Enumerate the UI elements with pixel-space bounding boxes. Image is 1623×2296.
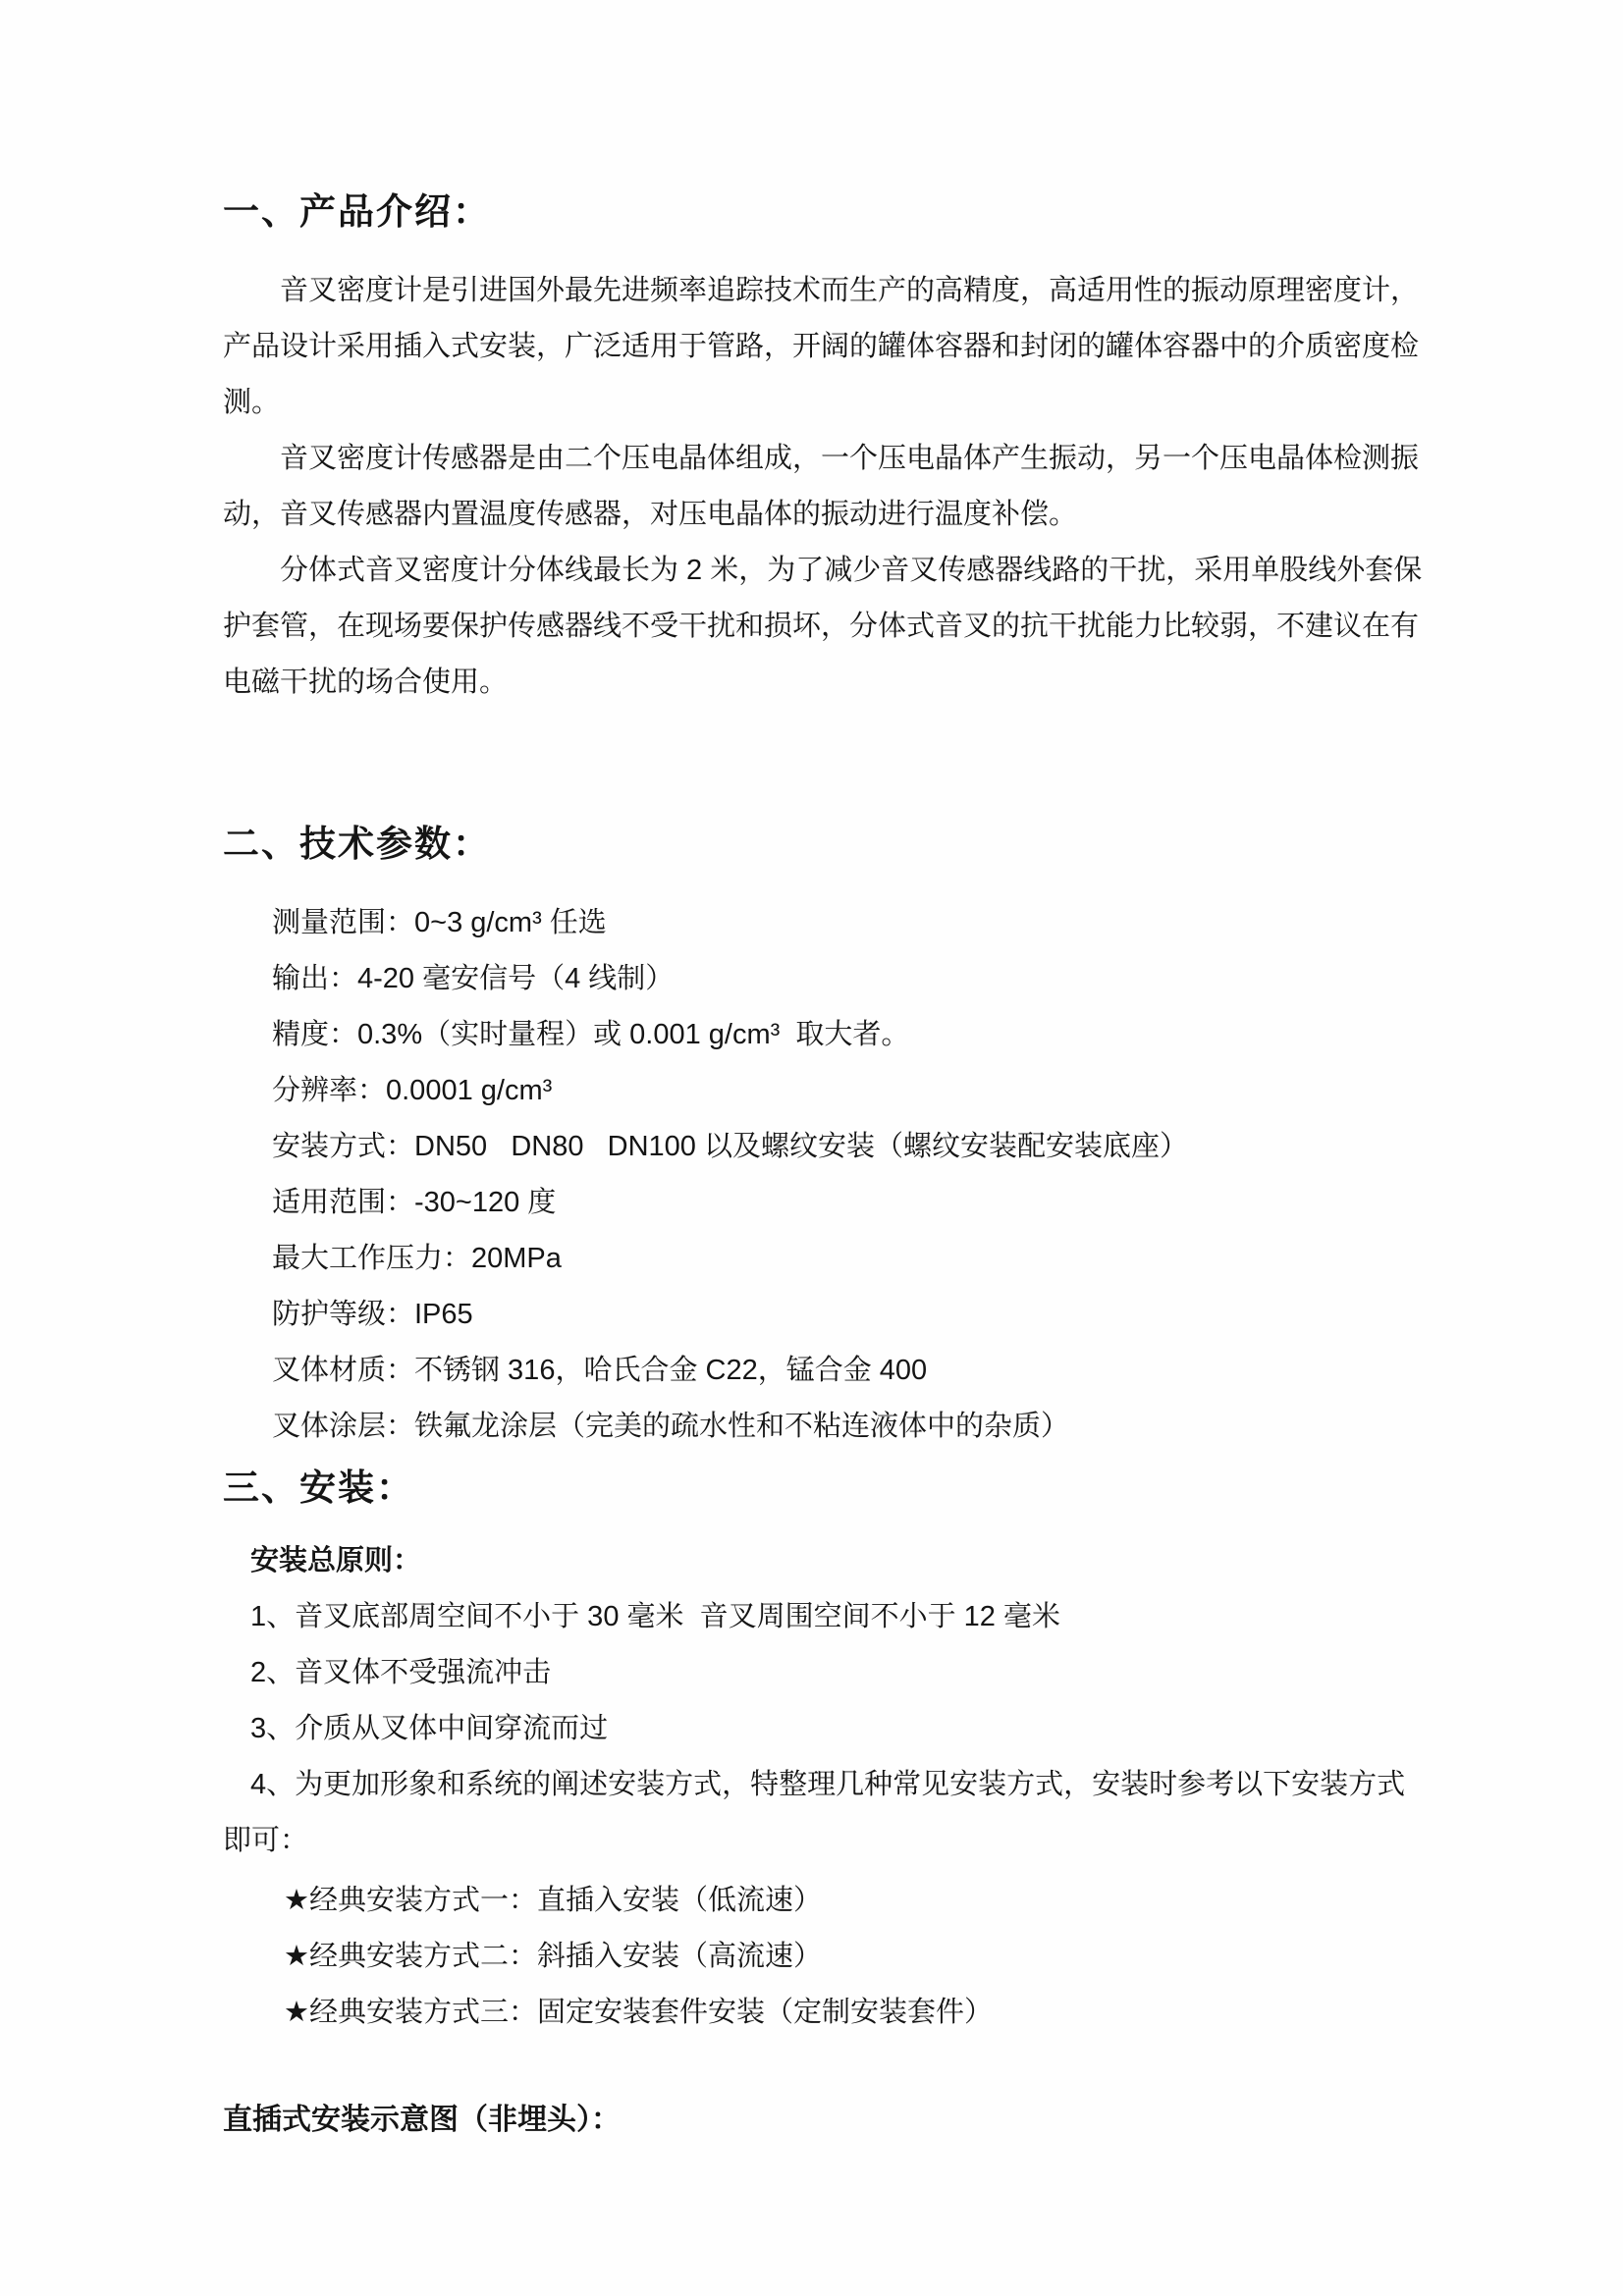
rule-item-1: 1、音叉底部周空间不小于 30 毫米 音叉周围空间不小于 12 毫米: [223, 1589, 1476, 1645]
param-mounting: 安装方式：DN50 DN80 DN100 以及螺纹安装（螺纹安装配安装底座）: [223, 1119, 1476, 1175]
intro-paragraph-2: 音叉密度计传感器是由二个压电晶体组成，一个压电晶体产生振动，另一个压电晶体检测振…: [223, 431, 1476, 543]
param-protection-rating: 防护等级：IP65: [223, 1287, 1476, 1343]
paragraph-line: 动，音叉传感器内置温度传感器，对压电晶体的振动进行温度补偿。: [223, 487, 1476, 543]
paragraph-line: 音叉密度计是引进国外最先进频率追踪技术而生产的高精度，高适用性的振动原理密度计，: [223, 263, 1476, 319]
param-temperature-range: 适用范围：-30~120 度: [223, 1175, 1476, 1231]
param-accuracy: 精度：0.3%（实时量程）或 0.001 g/cm³ 取大者。: [223, 1007, 1476, 1063]
param-fork-material: 叉体材质：不锈钢 316，哈氏合金 C22，锰合金 400: [223, 1343, 1476, 1399]
paragraph-line: 测。: [223, 375, 1476, 431]
paragraph-line: 护套管，在现场要保护传感器线不受干扰和损坏，分体式音叉的抗干扰能力比较弱，不建议…: [223, 599, 1476, 655]
paragraph-line: 音叉密度计传感器是由二个压电晶体组成，一个压电晶体产生振动，另一个压电晶体检测振: [223, 431, 1476, 487]
method-item-2: ★经典安装方式二：斜插入安装（高流速）: [223, 1929, 1476, 1985]
paragraph-line: 电磁干扰的场合使用。: [223, 655, 1476, 711]
param-output: 输出：4-20 毫安信号（4 线制）: [223, 951, 1476, 1007]
method-item-1: ★经典安装方式一：直插入安装（低流速）: [223, 1873, 1476, 1929]
section1-heading: 一、产品介绍：: [223, 188, 1476, 236]
installation-methods-list: ★经典安装方式一：直插入安装（低流速） ★经典安装方式二：斜插入安装（高流速） …: [223, 1873, 1476, 2041]
insert-diagram-heading: 直插式安装示意图（非埋头）：: [223, 2100, 1476, 2141]
paragraph-line: 产品设计采用插入式安装，广泛适用于管路，开阔的罐体容器和封闭的罐体容器中的介质密…: [223, 319, 1476, 375]
param-fork-coating: 叉体涂层：铁氟龙涂层（完美的疏水性和不粘连液体中的杂质）: [223, 1399, 1476, 1455]
method-item-3: ★经典安装方式三：固定安装套件安装（定制安装套件）: [223, 1985, 1476, 2041]
paragraph-line: 分体式音叉密度计分体线最长为 2 米，为了减少音叉传感器线路的干扰，采用单股线外…: [223, 543, 1476, 599]
rule-item-3: 3、介质从叉体中间穿流而过: [223, 1701, 1476, 1757]
param-resolution: 分辨率：0.0001 g/cm³: [223, 1063, 1476, 1119]
technical-parameters-list: 测量范围：0~3 g/cm³ 任选 输出：4-20 毫安信号（4 线制） 精度：…: [223, 895, 1476, 1455]
section2-heading: 二、技术参数：: [223, 821, 1476, 868]
rule-item-4: 4、为更加形象和系统的阐述安装方式，特整理几种常见安装方式，安装时参考以下安装方…: [223, 1757, 1476, 1813]
intro-paragraph-1: 音叉密度计是引进国外最先进频率追踪技术而生产的高精度，高适用性的振动原理密度计，…: [223, 263, 1476, 431]
section3-heading: 三、安装：: [223, 1465, 1476, 1512]
param-max-pressure: 最大工作压力：20MPa: [223, 1231, 1476, 1287]
rule-item-2: 2、音叉体不受强流冲击: [223, 1645, 1476, 1701]
installation-principles-subheading: 安装总原则：: [223, 1533, 1476, 1589]
installation-rules-list: 1、音叉底部周空间不小于 30 毫米 音叉周围空间不小于 12 毫米 2、音叉体…: [223, 1589, 1476, 1869]
document-page: 一、产品介绍： 音叉密度计是引进国外最先进频率追踪技术而生产的高精度，高适用性的…: [0, 0, 1623, 2296]
param-measuring-range: 测量范围：0~3 g/cm³ 任选: [223, 895, 1476, 951]
rule-item-4-continuation: 即可：: [223, 1813, 1476, 1869]
intro-paragraph-3: 分体式音叉密度计分体线最长为 2 米，为了减少音叉传感器线路的干扰，采用单股线外…: [223, 543, 1476, 711]
